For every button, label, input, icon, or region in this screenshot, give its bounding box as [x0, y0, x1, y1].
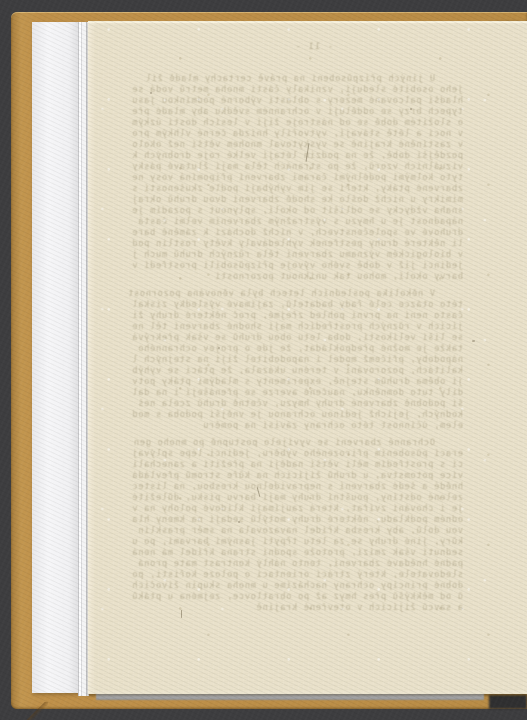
bleed-line: mimikry u nichž došlo ke shodě zbarvení …	[118, 195, 463, 206]
bottom-page-edge-stack	[96, 693, 484, 700]
bleed-line: ší podobně zbarvené druhy hmyzu, včetně …	[118, 399, 463, 410]
bleed-line: nápodoby, přičemž model i napodobitel ži…	[118, 355, 463, 366]
scanned-page: - 11 - U jiných přizpůsobení na právě ce…	[88, 21, 527, 694]
cover-corner-fold	[24, 702, 48, 720]
bleed-line: jedinci již v době svého vývoje přizpůso…	[118, 261, 463, 272]
bleed-line: dobné principy ochrany nacházíme u mnoha…	[118, 581, 463, 592]
bleed-line: sednutí však zmizí, protože spodní stran…	[118, 548, 463, 559]
bleed-line: odném podkladu, některé druhy motýlů sed…	[118, 515, 463, 526]
bleed-line: v biologickém významu zbarvení těla různ…	[118, 250, 463, 261]
bleed-line: zbarvené ptáky, kteří se jim vyhýbají po…	[118, 184, 463, 195]
bleed-line: vizuálních vzorů, že po stranách těla ma…	[118, 162, 463, 173]
paper-speck	[238, 521, 240, 523]
bleed-line: snaha vždycky se odlišit od okolí, splyn…	[118, 206, 463, 217]
paper-speck	[472, 340, 475, 342]
bleed-line: hladší palcované mezery s oblastí výborn…	[118, 96, 463, 107]
bleed-line: jících v různých prostředích mají shodné…	[118, 322, 463, 333]
bleed-line: erací působením přirozeného výběru, jedi…	[118, 449, 463, 460]
bleed-line: kůry, jiné druhy se za letu třpytí jasný…	[118, 537, 463, 548]
cover-bottom-shadow	[489, 695, 527, 709]
bleed-line: dily tuto domněnku, naučené averze se př…	[118, 388, 463, 399]
bleed-text-block: U jiných přizpůsobení na právě certachy …	[118, 74, 463, 614]
bleed-line: vou dolů, aby kresba křídel navazovala n…	[118, 526, 463, 537]
bleed-line: V několika posledních letech byla věnová…	[118, 289, 463, 300]
bleed-line: padné hnědavé zbarvení, tento náhlý kont…	[118, 559, 463, 570]
paper-speck	[410, 108, 412, 110]
bleed-line: této otázce celé řady badatelů, zajímavé…	[118, 300, 463, 311]
bleed-line: o složitém době se od nástroje žijí v le…	[118, 118, 463, 129]
bleed-line: hnědé a šedé zbarvení s nepravidelnou kr…	[118, 482, 463, 493]
bleed-page-number: - 11 -	[284, 42, 344, 52]
bleed-line: takže je možné předpokládat, že jde o pr…	[118, 344, 463, 355]
paper-speck	[150, 92, 152, 94]
bleed-line: v noci a létě stávají, vytvořily hnízda …	[118, 129, 463, 140]
paper-fibre	[181, 610, 182, 618]
bleed-line: druhové ve společenstvech, v nichž dochá…	[118, 228, 463, 239]
bleed-line: U jiných přizpůsobení na právě certachy …	[118, 74, 463, 85]
bleed-line: ů od měkkýšů přes hmyz až po obratlovce,…	[118, 592, 463, 603]
bleed-line: více potomstva, u druhů žijících na kůře…	[118, 471, 463, 482]
bleed-line: li některé druhy pestřenek vyhledávaly k…	[118, 239, 463, 250]
paper-speck	[218, 347, 220, 349]
bleed-line: pozdější době, že na podzim létají velké…	[118, 151, 463, 162]
bleed-line: zelené odstíny, pouštní druhy mají barvu…	[118, 493, 463, 504]
bleed-line: tyto kolmými podélnými čarami zbarvení p…	[118, 173, 463, 184]
bleed-line: a savců žijících v otevřené krajině	[118, 603, 463, 614]
bleed-line: kalitách, pozorování v terénu ukázala, ž…	[118, 366, 463, 377]
bleed-line: v zastíněné krajině se vyskytoval mnohem…	[118, 140, 463, 151]
bleed-line: nápadnost je u hmyzu s výstražným zbarve…	[118, 217, 463, 228]
bleed-line: často není na první pohled zřejmé, proč …	[118, 311, 463, 322]
bleed-line: barvy okolí, mohou tak uniknout pozornos…	[118, 272, 463, 283]
flyleaf-page	[32, 22, 78, 693]
bleed-line: se liší velikostí, doba letu obou druhů …	[118, 333, 463, 344]
bleed-line: je i chování zvířat, která zaujímají kli…	[118, 504, 463, 515]
book-scan-photo: - 11 - U jiných přizpůsobení na právě ce…	[0, 0, 527, 720]
bleed-line: kodných, jejichž jedinou ochranou je vně…	[118, 410, 463, 421]
bleed-line: jí oběma druhům stejně, experimenty s ml…	[118, 377, 463, 388]
bleed-line: elem, účinnost této ochrany závisí na po…	[118, 421, 463, 432]
bleed-line: cí s prostředím měli větší naději na pře…	[118, 460, 463, 471]
bleed-line: Ochranné zbarvení se vyvíjelo postupně p…	[118, 438, 463, 449]
bleed-line: sledovatele, který ztrácí orientaci o po…	[118, 570, 463, 581]
bleed-line: jeho osobité sledují, vznikaly části mno…	[118, 85, 463, 96]
